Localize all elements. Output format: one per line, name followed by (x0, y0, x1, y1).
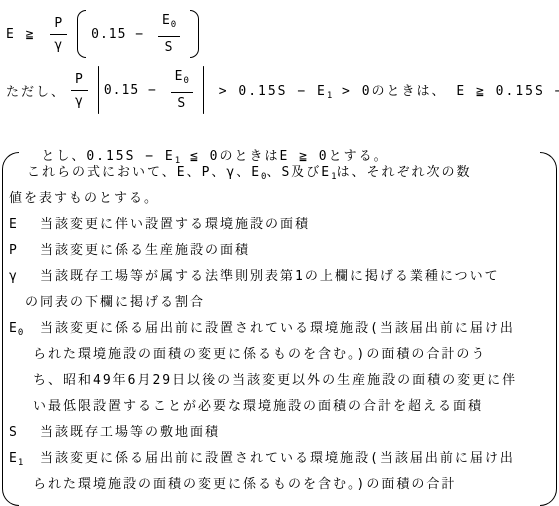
e-subscript: 0 (171, 20, 176, 30)
intro-text: 値を表すものとする。 (9, 191, 159, 206)
intro-text: これらの式において、E、P、γ、E (27, 165, 261, 180)
definition-text: 当該既存工場等が属する法準則別表第1の上欄に掲げる業種について (40, 269, 500, 284)
fraction-denominator: γ (71, 90, 88, 109)
big-paren-right (190, 10, 199, 58)
definition-text: 当該変更に係る生産施設の面積 (40, 243, 250, 258)
definition-text: られた環境施設の面積の変更に係るものを含む。)の面積の合計のう (33, 347, 486, 362)
term-label: γ (9, 264, 40, 290)
definition-e0-cont: い最低限設置することが必要な環境施設の面積の合計を超える面積 (2, 394, 549, 420)
term-symbol: E (9, 451, 18, 466)
formula2-prefix: ただし、 (6, 81, 66, 100)
definition-e0: E0当該変更に係る届出前に設置されている環境施設(当該届出前に届け出 (2, 316, 549, 342)
term-symbol: P (9, 243, 18, 258)
fraction-p-over-gamma: P γ (71, 72, 88, 109)
fraction-p-over-gamma: P γ (50, 16, 67, 53)
definition-e1-cont: られた環境施設の面積の変更に係るものを含む。)の面積の合計 (2, 472, 549, 498)
definition-gamma-cont: の同表の下欄に掲げる割合 (2, 290, 549, 316)
fraction-numerator: P (71, 72, 88, 90)
formula1-inner-prefix: 0.15 − (91, 27, 153, 42)
big-paren-left (77, 10, 86, 58)
e-subscript: 0 (18, 328, 23, 338)
definition-s: S当該既存工場等の敷地面積 (2, 420, 549, 446)
fraction-denominator: S (171, 92, 193, 111)
term-symbol: γ (9, 269, 18, 284)
formula1-lhs: E ≧ (6, 27, 45, 42)
e-symbol: E (162, 13, 171, 28)
note-intro-line-2: 値を表すものとする。 (2, 186, 549, 212)
intro-text: 、S及びE (266, 165, 331, 180)
definitions-note-box: これらの式において、E、P、γ、E0、S及びE1は、それぞれ次の数 値を表すもの… (2, 152, 557, 506)
e-subscript: 1 (18, 458, 23, 468)
definition-p: P当該変更に係る生産施設の面積 (2, 238, 549, 264)
formula-line-2: ただし、 P γ 0.15 − E0 S > 0.15S − E1 > 0のとき… (6, 64, 559, 116)
fraction-numerator: P (50, 16, 67, 34)
formula-line-3: とし、0.15S − E1 ≦ 0のときはE ≧ 0とする。 (6, 118, 559, 144)
fraction-numerator: E0 (171, 69, 193, 92)
definition-text: の同表の下欄に掲げる割合 (25, 295, 205, 310)
fraction-e0-over-s: E0 S (158, 13, 180, 55)
formula-line-1: E ≧ P γ 0.15 − E0 S (6, 8, 559, 60)
fraction-denominator: γ (50, 34, 67, 53)
definition-text: 当該既存工場等の敷地面積 (40, 425, 220, 440)
term-label: P (9, 238, 40, 264)
term-label: S (9, 420, 40, 446)
term-symbol: S (9, 425, 18, 440)
definition-gamma: γ当該既存工場等が属する法準則別表第1の上欄に掲げる業種について (2, 264, 549, 290)
definition-e: E当該変更に伴い設置する環境施設の面積 (2, 212, 549, 238)
document-page: E ≧ P γ 0.15 − E0 S ただし、 P γ 0.15 − E0 S… (0, 0, 559, 506)
term-symbol: E (9, 217, 18, 232)
formula2-inner-prefix: 0.15 − (104, 83, 166, 98)
formula2-after2: > 0のときは、 E ≧ 0.15S − E (332, 84, 559, 99)
definition-e1: E1当該変更に係る届出前に設置されている環境施設(当該届出前に届け出 (2, 446, 549, 472)
big-paren-left (98, 66, 99, 114)
formula2-after1: > 0.15S − E (209, 84, 327, 99)
intro-text: は、それぞれ次の数 (337, 165, 472, 180)
definition-text: られた環境施設の面積の変更に係るものを含む。)の面積の合計 (33, 477, 456, 492)
fraction-e0-over-s: E0 S (171, 69, 193, 111)
definition-text: い最低限設置することが必要な環境施設の面積の合計を超える面積 (33, 399, 483, 414)
definition-text: 当該変更に係る届出前に設置されている環境施設(当該届出前に届け出 (40, 451, 515, 466)
e-subscript: 0 (183, 76, 188, 86)
definition-text: 当該変更に係る届出前に設置されている環境施設(当該届出前に届け出 (40, 321, 515, 336)
definition-text: 当該変更に伴い設置する環境施設の面積 (40, 217, 310, 232)
definition-text: ち、昭和49年6月29日以後の当該変更以外の生産施設の面積の変更に伴 (33, 373, 517, 388)
definition-e0-cont: ち、昭和49年6月29日以後の当該変更以外の生産施設の面積の変更に伴 (2, 368, 549, 394)
formula2-condition: > 0.15S − E1 > 0のときは、 E ≧ 0.15S − E1 (209, 80, 559, 101)
note-intro-line-1: これらの式において、E、P、γ、E0、S及びE1は、それぞれ次の数 (2, 160, 549, 186)
definition-e0-cont: られた環境施設の面積の変更に係るものを含む。)の面積の合計のう (2, 342, 549, 368)
big-paren-right (203, 66, 204, 114)
fraction-numerator: E0 (158, 13, 180, 36)
term-label: E (9, 212, 40, 238)
term-symbol: E (9, 321, 18, 336)
fraction-denominator: S (158, 36, 180, 55)
